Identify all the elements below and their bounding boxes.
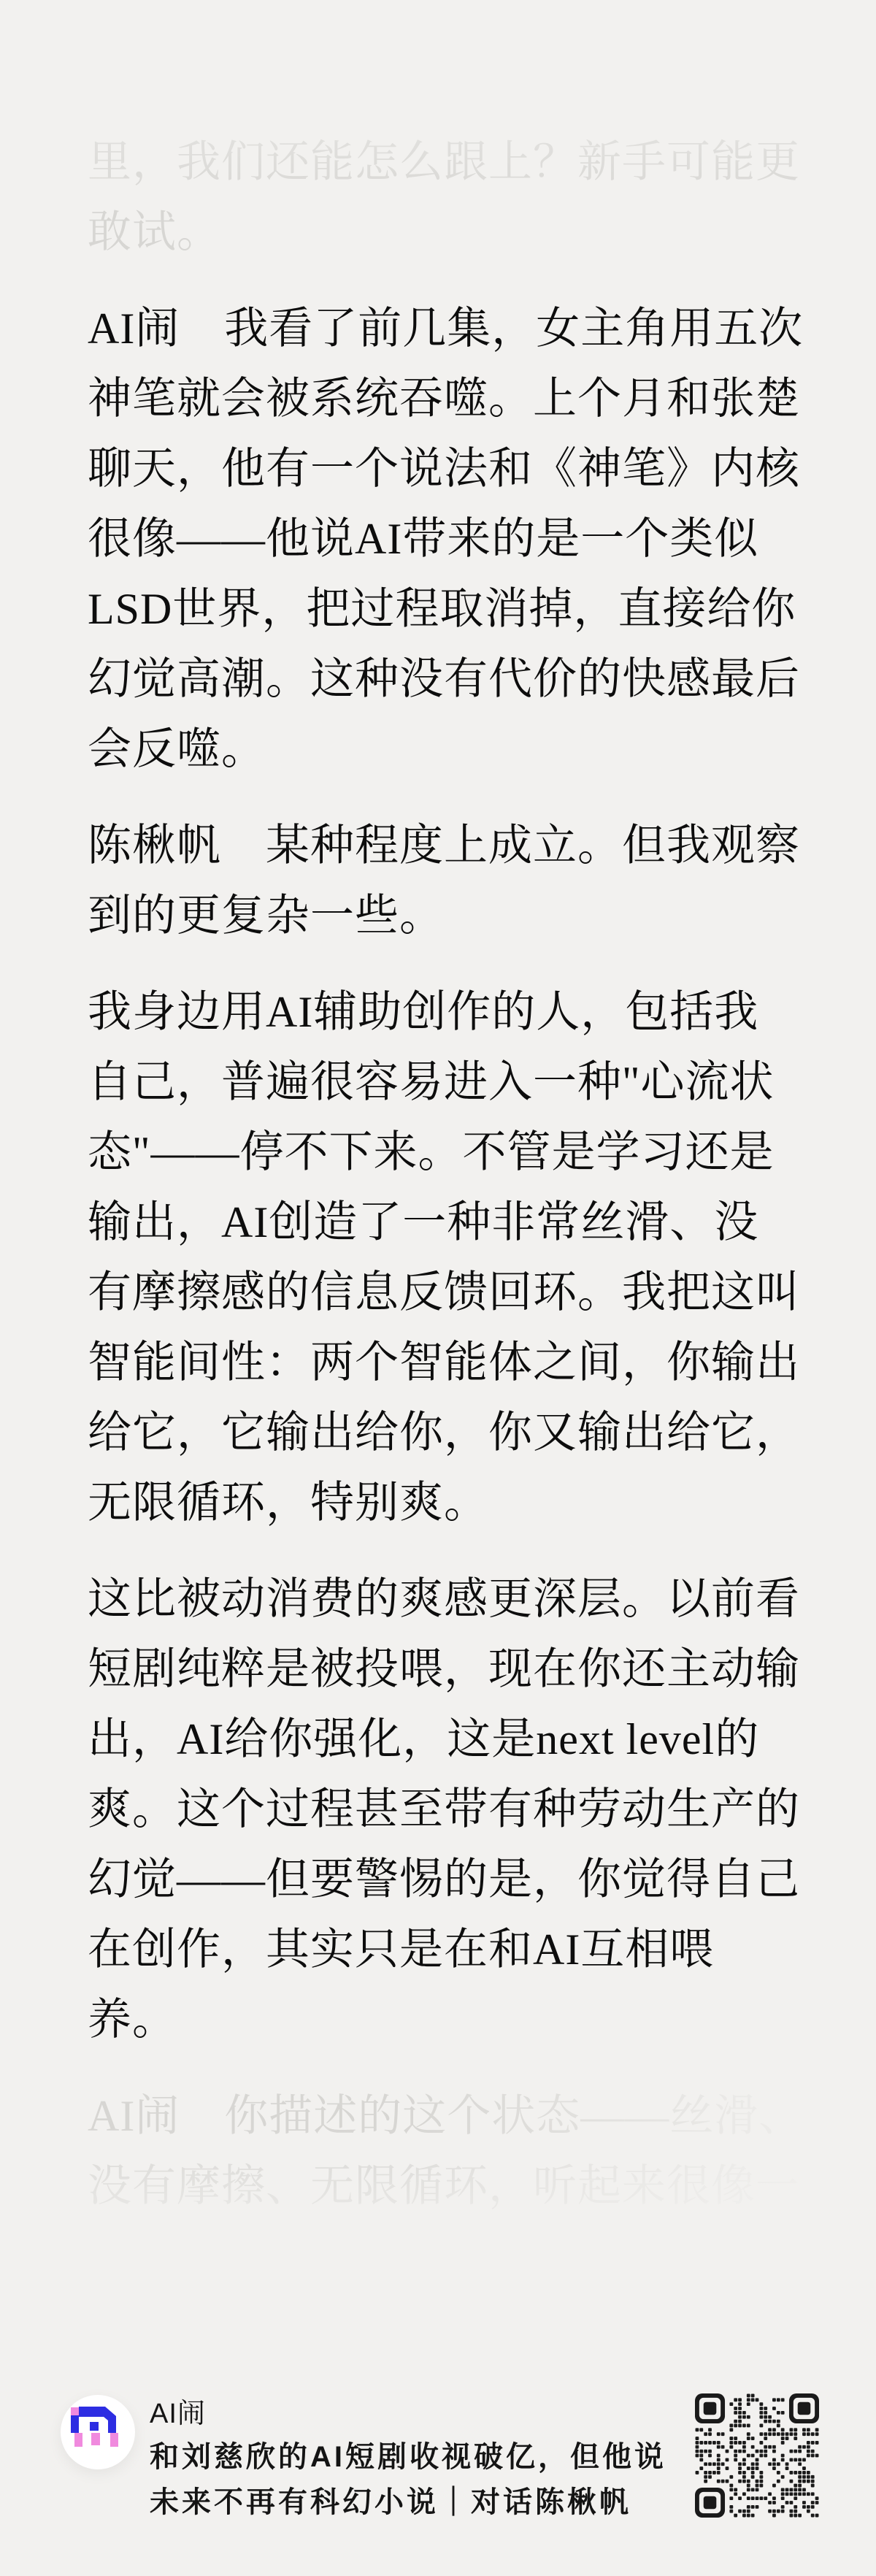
article-body: 里，我们还能怎么跟上？新手可能更敢试。AI闹 我看了前几集，女主角用五次神笔就会…: [0, 0, 876, 2247]
text-line: 爽。这个过程甚至带有种劳动生产的: [88, 1774, 788, 1844]
text-line: 聊天，他有一个说法和《神笔》内核: [88, 434, 788, 504]
text-line: 很像——他说AI带来的是一个类似: [88, 504, 788, 574]
text-line: 里，我们还能怎么跟上？新手可能更: [88, 127, 788, 197]
page: 里，我们还能怎么跟上？新手可能更敢试。AI闹 我看了前几集，女主角用五次神笔就会…: [0, 0, 876, 2576]
brand-name: AI闹: [150, 2399, 206, 2429]
text-line: 这比被动消费的爽感更深层。以前看: [88, 1564, 788, 1634]
text-line: 没有摩擦、无限循环，听起来很像一: [88, 2151, 788, 2221]
text-line: AI闹 我看了前几集，女主角用五次: [88, 294, 788, 364]
brand-logo: [61, 2395, 135, 2469]
footer: AI闹 和刘慈欣的AI短剧收视破亿，但他说 未来不再有科幻小说｜对话陈楸帆: [0, 2393, 876, 2576]
text-line: 自己，普遍很容易进入一种"心流状: [88, 1047, 788, 1117]
text-line: 短剧纯粹是被投喂，现在你还主动输: [88, 1634, 788, 1704]
paragraph: 我身边用AI辅助创作的人，包括我自己，普遍很容易进入一种"心流状态"——停不下来…: [88, 977, 788, 1538]
paragraph: 这比被动消费的爽感更深层。以前看短剧纯粹是被投喂，现在你还主动输出，AI给你强化…: [88, 1564, 788, 2055]
text-line: 会反噬。: [88, 714, 788, 784]
text-line: LSD世界，把过程取消掉，直接给你: [88, 574, 788, 644]
paragraph: 陈楸帆 某种程度上成立。但我观察到的更复杂一些。: [88, 810, 788, 951]
text-line: 幻觉高潮。这种没有代价的快感最后: [88, 644, 788, 714]
text-line: 在创作，其实只是在和AI互相喂: [88, 1914, 788, 1985]
text-line: 有摩擦感的信息反馈回环。我把这叫: [88, 1257, 788, 1327]
text-line: 养。: [88, 1985, 788, 2055]
tagline-line-2: 未来不再有科幻小说｜对话陈楸帆: [150, 2480, 666, 2525]
paragraph: 里，我们还能怎么跟上？新手可能更敢试。: [88, 127, 788, 267]
text-line: 智能间性：两个智能体之间，你输出: [88, 1327, 788, 1398]
text-line: 给它，它输出给你，你又输出给它，: [88, 1398, 788, 1468]
text-line: AI闹 你描述的这个状态——丝滑、: [88, 2081, 788, 2151]
qr-code[interactable]: [695, 2393, 819, 2518]
tagline: 和刘慈欣的AI短剧收视破亿，但他说 未来不再有科幻小说｜对话陈楸帆: [150, 2434, 666, 2525]
text-line: 幻觉——但要警惕的是，你觉得自己: [88, 1844, 788, 1914]
tagline-line-1: 和刘慈欣的AI短剧收视破亿，但他说: [150, 2434, 666, 2480]
m-pixel-icon: [71, 2407, 119, 2447]
paragraph: AI闹 我看了前几集，女主角用五次神笔就会被系统吞噬。上个月和张楚聊天，他有一个…: [88, 294, 788, 784]
text-line: 我身边用AI辅助创作的人，包括我: [88, 977, 788, 1047]
text-line: 敢试。: [88, 197, 788, 267]
text-line: 神笔就会被系统吞噬。上个月和张楚: [88, 364, 788, 434]
text-line: 输出，AI创造了一种非常丝滑、没: [88, 1187, 788, 1257]
text-line: 态"——停不下来。不管是学习还是: [88, 1117, 788, 1187]
text-line: 出，AI给你强化，这是next level的: [88, 1704, 788, 1774]
text-line: 到的更复杂一些。: [88, 881, 788, 951]
paragraph: AI闹 你描述的这个状态——丝滑、没有摩擦、无限循环，听起来很像一: [88, 2081, 788, 2221]
text-line: 陈楸帆 某种程度上成立。但我观察: [88, 810, 788, 881]
text-line: 无限循环，特别爽。: [88, 1468, 788, 1538]
